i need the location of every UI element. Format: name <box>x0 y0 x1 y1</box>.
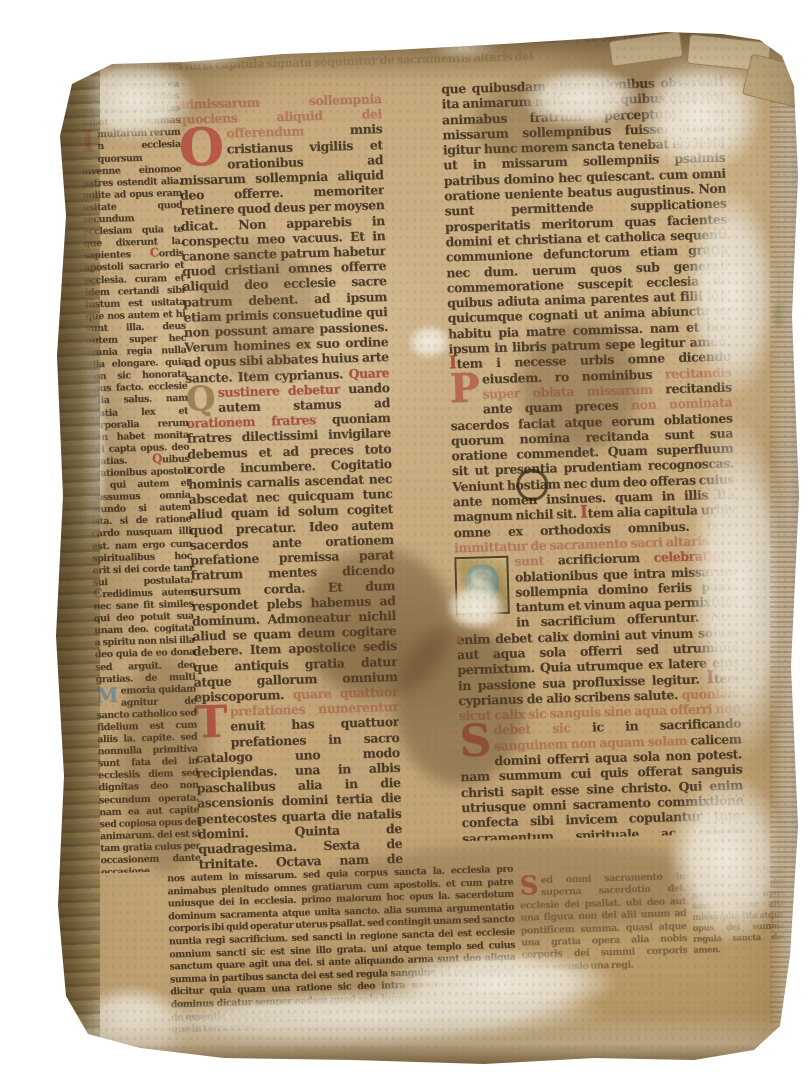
text-run: ed omni sacramento in superna sacerdotio… <box>520 871 688 973</box>
text-run: redidimus autem nec sane fit similes qui… <box>93 586 195 684</box>
decorated-initial: O <box>178 127 224 170</box>
text-run: –G <box>52 201 64 211</box>
text-run: uibus orationibus apostoli si qui autem … <box>90 454 193 589</box>
decorated-initial: S <box>519 876 538 897</box>
parchment-loss-patch <box>406 323 453 360</box>
manuscript-book: que ad se sancti ecclesie sacre pices pr… <box>54 26 800 1070</box>
text-run: emoria quidam agnitur de sancto catholic… <box>96 683 201 873</box>
abraded-bottom-edge <box>60 1012 792 1070</box>
illuminated-initial: S <box>454 556 510 615</box>
sewing-hole <box>106 42 118 50</box>
decorated-initial: S <box>459 724 491 760</box>
text-run: quoniam fratres dilectissimi invigilare … <box>187 410 398 704</box>
photo-background: que ad se sancti ecclesie sacre pices pr… <box>0 0 807 1080</box>
sewing-hole <box>63 48 92 68</box>
page-surface: que ad se sancti ecclesie sacre pices pr… <box>40 16 807 1080</box>
text-run: ʒ <box>54 281 59 291</box>
decorated-initial: Q <box>185 386 215 414</box>
main-column-right: que quibusdam alibi rationibus obseruati… <box>441 74 744 842</box>
text-run: nos autem in missarum. sed quia corpus s… <box>167 864 517 1036</box>
rubric-run: non nominata <box>631 395 733 413</box>
decorated-initial: C <box>149 246 158 260</box>
bottom-gloss-mid: Sed omni sacramento in superna sacerdoti… <box>519 871 689 1016</box>
decorated-initial: P <box>449 372 480 405</box>
main-column-left: admissarum sollempnia quociens aliquid d… <box>177 91 403 872</box>
book-fore-edge <box>770 66 800 1026</box>
text-run: que quibusdam alibi rationibus obseruati… <box>441 74 731 357</box>
book-spine-edge <box>54 32 100 1062</box>
decorated-initial: T <box>194 705 227 741</box>
decorated-initial: Q <box>152 451 162 465</box>
text-run: đ <box>53 241 59 251</box>
